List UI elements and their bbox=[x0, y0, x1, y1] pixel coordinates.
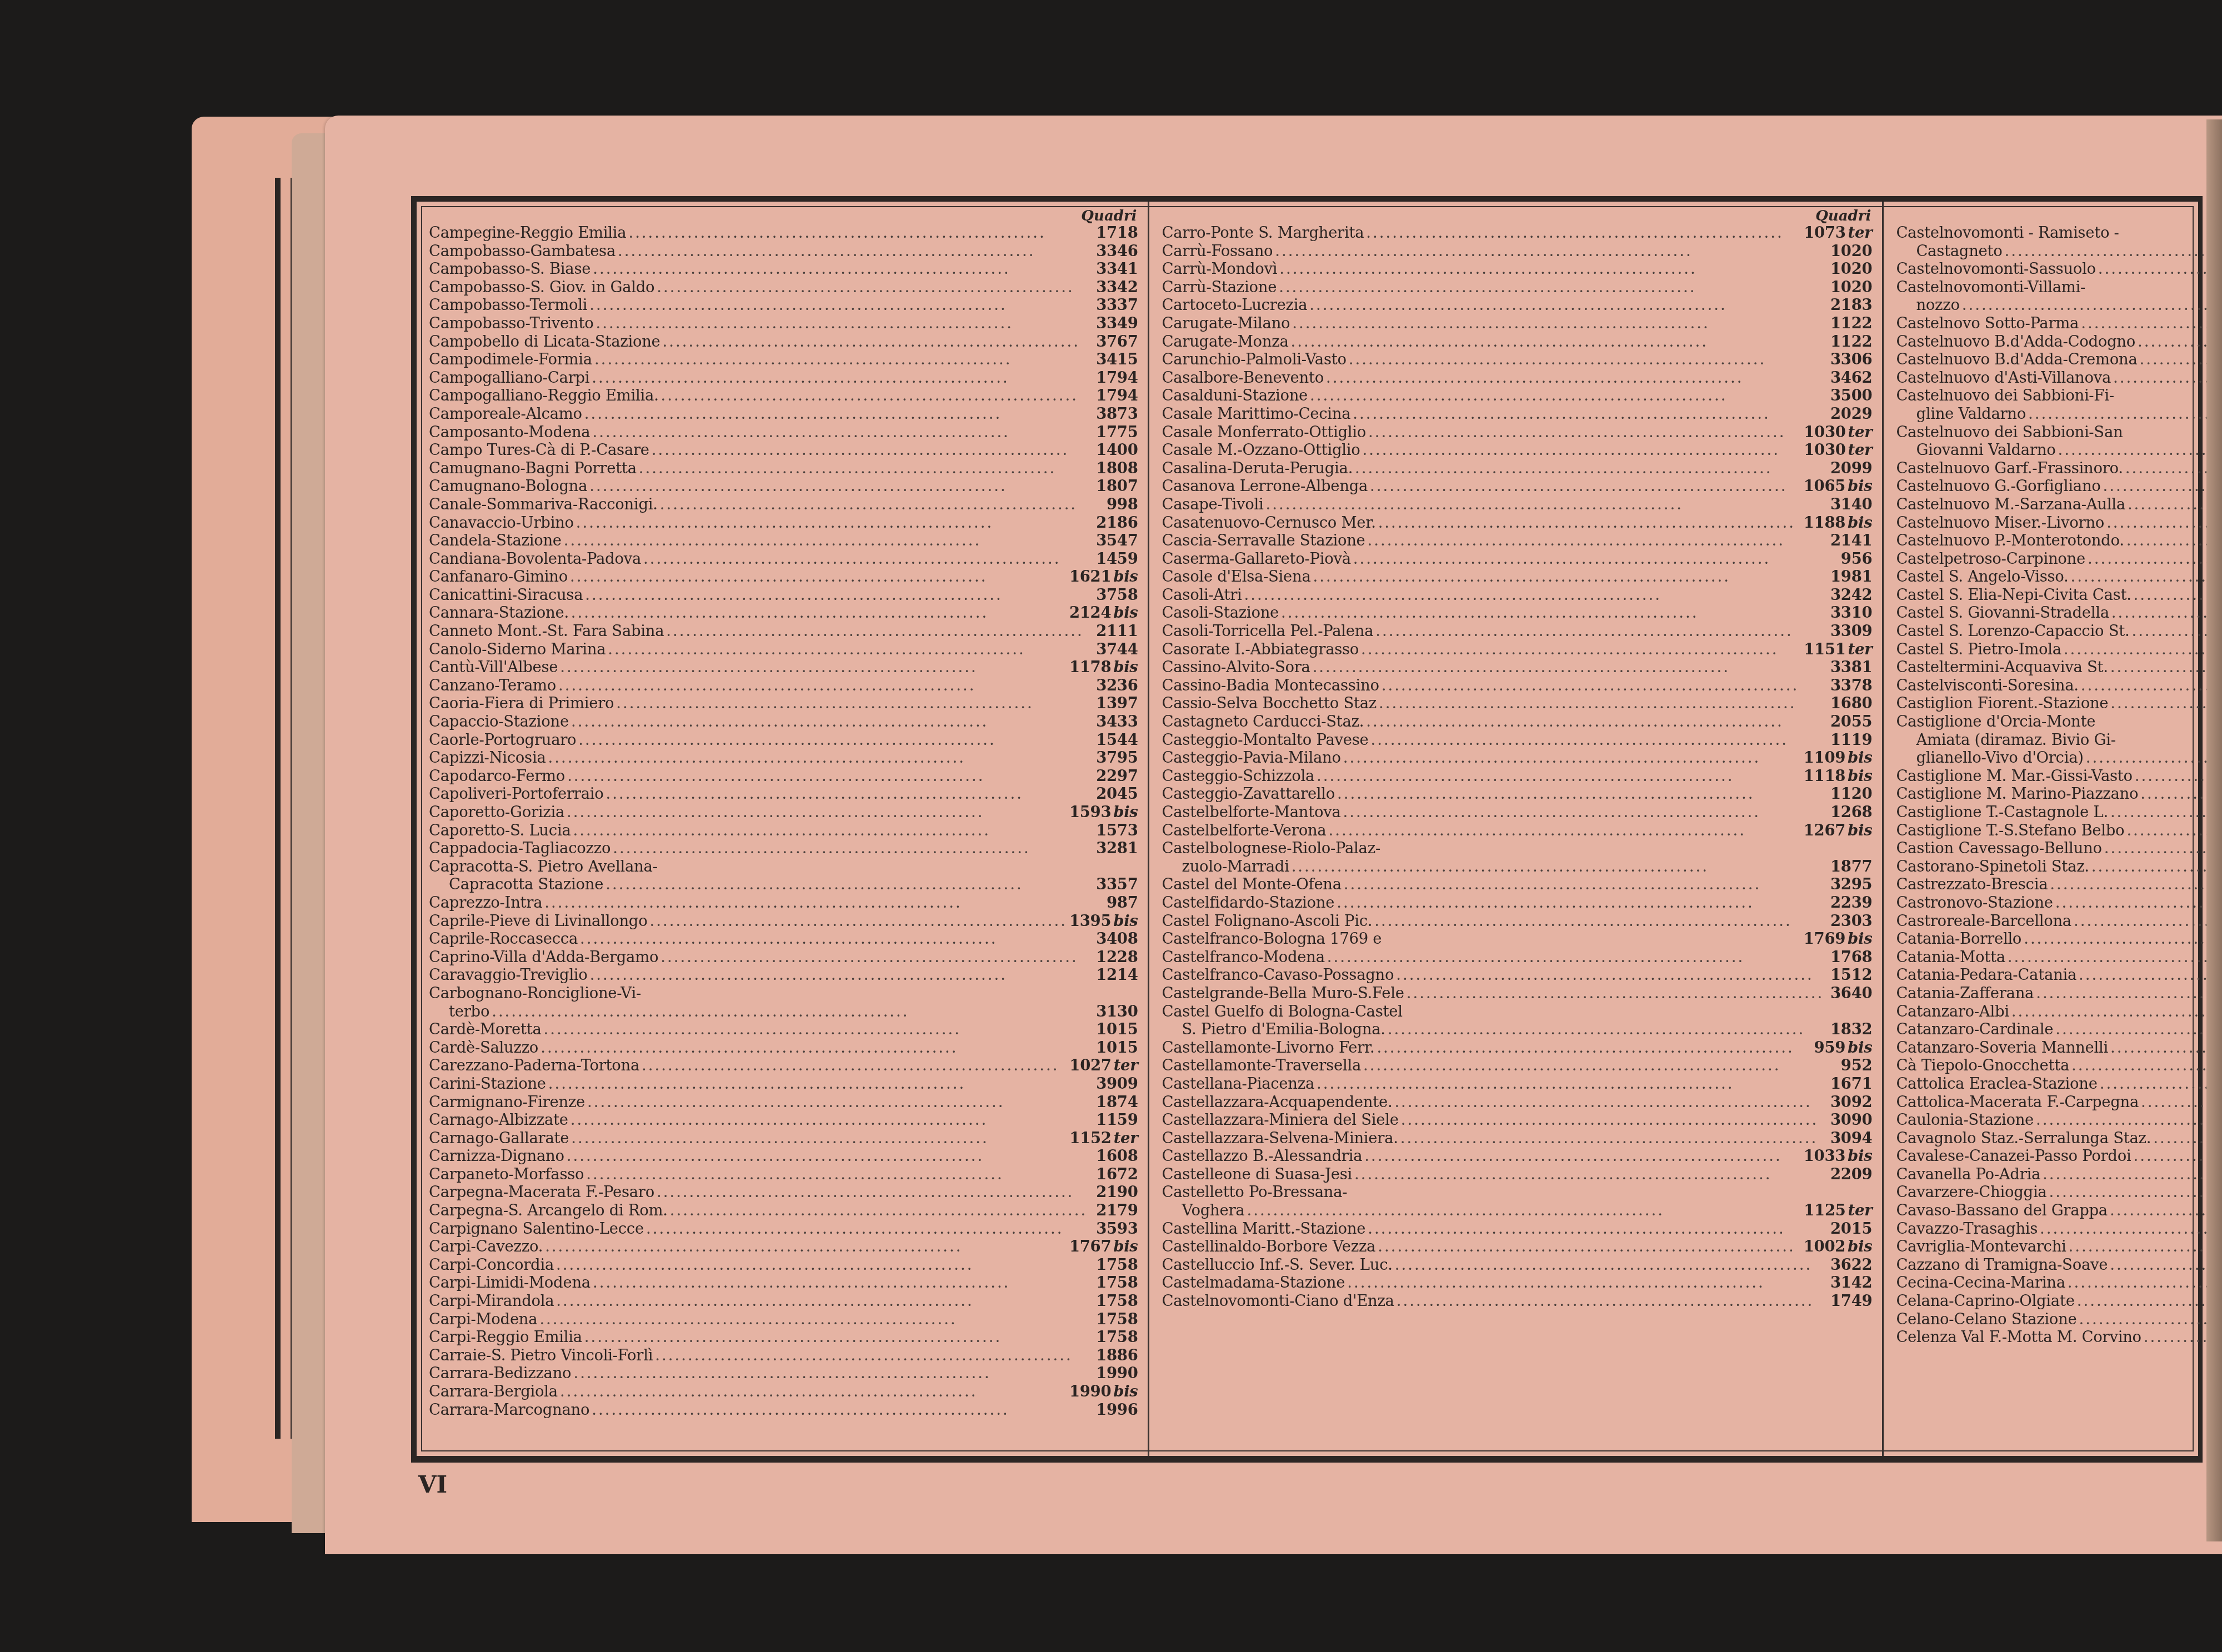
quadro-value: 1808 bbox=[1096, 459, 1138, 477]
station-entry: Carpegna-Macerata F.-Pesaro2190 bbox=[429, 1183, 1138, 1202]
station-name: Castiglione M. Marino-Piazzano bbox=[1896, 785, 2138, 803]
station-entry: Castelgrande-Bella Muro-S.Fele3640 bbox=[1162, 984, 1872, 1003]
quadro-value: 1125 bbox=[1804, 1202, 1845, 1219]
quadro-value: 1073 bbox=[1804, 224, 1845, 242]
quadro-number: 3758 bbox=[1096, 586, 1138, 604]
station-name: Catanzaro-Albi bbox=[1896, 1003, 2009, 1021]
station-name: Caravaggio-Treviglio bbox=[429, 966, 588, 984]
dot-leader bbox=[2055, 894, 2222, 912]
quadro-suffix: bis bbox=[1113, 604, 1138, 622]
quadro-value: 3873 bbox=[1096, 405, 1138, 423]
station-entry: Castel del Monte-Ofena3295 bbox=[1162, 875, 1872, 894]
quadro-number: 956 bbox=[1841, 550, 1873, 568]
station-name: Casalina-Deruta-Perugia. bbox=[1162, 459, 1353, 478]
quadro-number: 3342 bbox=[1096, 278, 1138, 297]
quadro-value: 3295 bbox=[1830, 875, 1872, 893]
station-entry: Celano-Celano Stazione3265 bbox=[1896, 1310, 2222, 1329]
quadro-number: 1228 bbox=[1096, 948, 1138, 967]
dot-leader bbox=[2058, 441, 2222, 459]
quadro-value: 1119 bbox=[1830, 731, 1872, 749]
station-entry: Carrù-Fossano1020 bbox=[1162, 242, 1872, 261]
station-name: Cavagnolo Staz.-Serralunga Staz. bbox=[1896, 1129, 2151, 1148]
quadro-number: 3242 bbox=[1830, 586, 1872, 604]
station-entry: Canolo-Siderno Marina3744 bbox=[429, 640, 1138, 659]
quadro-value: 1672 bbox=[1096, 1165, 1138, 1183]
quadro-number: 3281 bbox=[1096, 839, 1138, 858]
quadro-value: 1996 bbox=[1096, 1401, 1138, 1419]
dot-leader bbox=[1309, 296, 1828, 314]
quadro-value: 1033 bbox=[1804, 1147, 1845, 1165]
station-entry: Castel Folignano-Ascoli Pic.2303 bbox=[1162, 912, 1872, 930]
dot-leader bbox=[1397, 1292, 1828, 1310]
station-name: Casteggio-Pavia-Milano bbox=[1162, 749, 1340, 767]
quadro-value: 3622 bbox=[1830, 1256, 1872, 1274]
station-entry: nozzo1738bis bbox=[1896, 296, 2222, 314]
station-name: Camugnano-Bologna bbox=[429, 477, 587, 495]
entry-list: Campegine-Reggio Emilia1718Campobasso-Ga… bbox=[429, 224, 1138, 1419]
quadro-value: 2124 bbox=[1069, 604, 1111, 622]
station-entry: Casoli-Atri3242 bbox=[1162, 586, 1872, 604]
dot-leader bbox=[1281, 604, 1828, 622]
station-name: Castelnuovo dei Sabbioni-Fi- bbox=[1896, 387, 2114, 405]
station-entry: Campegine-Reggio Emilia1718 bbox=[429, 224, 1138, 242]
dot-leader bbox=[639, 459, 1094, 478]
station-name: Carrara-Bedizzano bbox=[429, 1364, 571, 1383]
station-name: Casale Monferrato-Ottiglio bbox=[1162, 423, 1366, 442]
dot-leader bbox=[1394, 1093, 1828, 1112]
quadro-number: 2055 bbox=[1830, 713, 1872, 731]
quadro-value: 1459 bbox=[1096, 550, 1138, 568]
dot-leader bbox=[616, 694, 1094, 713]
station-entry: Catania-Pedara-Catania3796 bbox=[1896, 966, 2222, 984]
dot-leader bbox=[539, 1310, 1094, 1329]
station-name: Carpi-Concordia bbox=[429, 1256, 554, 1274]
dot-leader bbox=[2079, 966, 2222, 984]
station-entry: Carro-Ponte S. Margherita1073ter bbox=[1162, 224, 1872, 242]
station-entry: Casteggio-Pavia-Milano1109bis bbox=[1162, 749, 1872, 767]
dot-leader bbox=[560, 1383, 1067, 1401]
station-name: Castelbelforte-Verona bbox=[1162, 822, 1326, 840]
quadro-suffix: ter bbox=[1848, 441, 1873, 459]
station-name: Camporeale-Alcamo bbox=[429, 405, 582, 423]
station-name: Carpegna-Macerata F.-Pesaro bbox=[429, 1183, 654, 1202]
station-name: Castellinaldo-Borbore Vezza bbox=[1162, 1238, 1375, 1256]
station-name: Cavarzere-Chioggia bbox=[1896, 1183, 2046, 1202]
station-entry: Carpaneto-Morfasso1672 bbox=[429, 1165, 1138, 1184]
quadro-value: 1065 bbox=[1804, 477, 1845, 495]
dot-leader bbox=[670, 1202, 1094, 1220]
quadro-number: 3357 bbox=[1096, 875, 1138, 894]
station-entry: Casteggio-Montalto Pavese1119 bbox=[1162, 731, 1872, 749]
dot-leader bbox=[660, 948, 1094, 967]
quadro-value: 1027 bbox=[1069, 1057, 1111, 1074]
station-name: Castelnovo Sotto-Parma bbox=[1896, 314, 2079, 333]
station-entry: Cantù-Vill'Albese1178bis bbox=[429, 658, 1138, 677]
dot-leader bbox=[2110, 658, 2222, 677]
station-name: Cantù-Vill'Albese bbox=[429, 658, 558, 677]
station-name: Capizzi-Nicosia bbox=[429, 749, 546, 767]
station-name: Celano-Celano Stazione bbox=[1896, 1310, 2076, 1329]
dot-leader bbox=[556, 1292, 1094, 1310]
quadro-value: 2186 bbox=[1096, 514, 1138, 532]
station-entry: Canzano-Teramo3236 bbox=[429, 677, 1138, 695]
dot-leader bbox=[548, 749, 1094, 767]
quadro-suffix: bis bbox=[1848, 1039, 1872, 1057]
quadro-value: 3094 bbox=[1830, 1129, 1872, 1147]
quadro-value: 1608 bbox=[1096, 1147, 1138, 1165]
quadro-value: 3342 bbox=[1096, 278, 1138, 296]
station-name: Carpaneto-Morfasso bbox=[429, 1165, 584, 1184]
station-entry: Camugnano-Bologna1807 bbox=[429, 477, 1138, 495]
station-name: Capracotta-S. Pietro Avellana- bbox=[429, 858, 658, 876]
dot-leader bbox=[1354, 1165, 1828, 1184]
quadro-number: 1758 bbox=[1096, 1256, 1138, 1274]
station-name: Castel S. Elia-Nepi-Civita Cast. bbox=[1896, 586, 2131, 604]
station-name: Cardè-Saluzzo bbox=[429, 1039, 538, 1057]
station-name: Castellana-Piacenza bbox=[1162, 1075, 1314, 1093]
station-name: Casteltermini-Acquaviva St. bbox=[1896, 658, 2108, 677]
quadro-value: 3378 bbox=[1830, 677, 1872, 694]
station-entry: Caporetto-S. Lucia1573 bbox=[429, 822, 1138, 840]
quadro-number: 1718 bbox=[1096, 224, 1138, 242]
dot-leader bbox=[1378, 1238, 1801, 1256]
dot-leader bbox=[1355, 459, 1828, 478]
station-entry: Caoria-Fiera di Primiero1397 bbox=[429, 694, 1138, 713]
dot-leader bbox=[2077, 1292, 2222, 1310]
station-entry: Castel S. Pietro-Imola1852 bbox=[1896, 640, 2222, 659]
station-name: Catania-Motta bbox=[1896, 948, 2005, 967]
station-entry: Casale M.-Ozzano-Ottiglio1030ter bbox=[1162, 441, 1872, 459]
dot-leader bbox=[1361, 640, 1801, 659]
station-name: Castellina Maritt.-Stazione bbox=[1162, 1220, 1365, 1238]
station-entry: Carrù-Mondovì1020 bbox=[1162, 260, 1872, 278]
quadro-value: 1015 bbox=[1096, 1039, 1138, 1057]
quadro-value: 3909 bbox=[1096, 1075, 1138, 1093]
quadro-number: 3622 bbox=[1830, 1256, 1872, 1274]
quadro-suffix: ter bbox=[1848, 640, 1873, 658]
dot-leader bbox=[2113, 369, 2222, 387]
station-entry: Castel S. Elia-Nepi-Civita Cast.2138 bbox=[1896, 586, 2222, 604]
quadro-value: 2179 bbox=[1096, 1202, 1138, 1219]
station-name: Carpi-Cavezzo. bbox=[429, 1238, 543, 1256]
station-entry: Castellamonte-Traversella952 bbox=[1162, 1057, 1872, 1075]
station-name: gline Valdarno bbox=[1896, 405, 2026, 423]
quadro-value: 1758 bbox=[1096, 1274, 1138, 1291]
dot-leader bbox=[595, 314, 1094, 333]
station-name: Carunchio-Palmoli-Vasto bbox=[1162, 351, 1346, 369]
quadro-number: 1073ter bbox=[1804, 224, 1872, 242]
station-name: Campobasso-S. Giov. in Galdo bbox=[429, 278, 654, 297]
station-name: Amiata (diramaz. Bivio Gi- bbox=[1896, 731, 2115, 749]
quadro-value: 1593 bbox=[1069, 803, 1111, 821]
station-entry: Castelnovomonti-Sassuolo1750 bbox=[1896, 260, 2222, 278]
station-name: Casalbore-Benevento bbox=[1162, 369, 1324, 387]
station-name: Canfanaro-Gimino bbox=[429, 568, 568, 586]
dot-leader bbox=[1317, 767, 1801, 785]
dot-leader bbox=[2110, 803, 2222, 822]
station-entry: Carnizza-Dignano1608 bbox=[429, 1147, 1138, 1165]
station-entry: Castelnuovo dei Sabbioni-Fi- bbox=[1896, 387, 2222, 405]
station-entry: Castiglione d'Orcia-Monte bbox=[1896, 713, 2222, 731]
quadro-value: 2055 bbox=[1830, 713, 1872, 730]
station-entry: Carpegna-S. Arcangelo di Rom.2179 bbox=[429, 1202, 1138, 1220]
dot-leader bbox=[1395, 1256, 1828, 1274]
quadro-value: 2190 bbox=[1096, 1183, 1138, 1201]
dot-leader bbox=[2098, 260, 2222, 278]
station-name: Giovanni Valdarno bbox=[1896, 441, 2055, 459]
station-entry: Carezzano-Paderna-Tortona1027ter bbox=[429, 1057, 1138, 1075]
station-name: Castiglione T.-Castagnole L. bbox=[1896, 803, 2108, 822]
dot-leader bbox=[594, 351, 1094, 369]
station-entry: Castel S. Angelo-Visso.2277 bbox=[1896, 568, 2222, 586]
dot-leader bbox=[2064, 640, 2222, 659]
station-entry: Campogalliano-Carpi1794 bbox=[429, 369, 1138, 387]
station-name: Casale Marittimo-Cecina bbox=[1162, 405, 1350, 423]
station-entry: Cardè-Moretta1015 bbox=[429, 1020, 1138, 1039]
quadro-value: 1807 bbox=[1096, 477, 1138, 495]
quadro-number: 1109bis bbox=[1804, 749, 1873, 767]
dot-leader bbox=[558, 677, 1094, 695]
quadro-value: 1758 bbox=[1096, 1310, 1138, 1328]
dot-leader bbox=[2008, 948, 2222, 967]
quadro-value: 3500 bbox=[1830, 387, 1872, 404]
quadro-number: 1749 bbox=[1830, 1292, 1872, 1310]
quadro-value: 1769 bbox=[1804, 930, 1845, 948]
station-name: Capoliveri-Portoferraio bbox=[429, 785, 604, 803]
station-name: Castelnuovo B.d'Adda-Cremona bbox=[1896, 351, 2137, 369]
station-name: Caporetto-Gorizia bbox=[429, 803, 564, 822]
quadro-number: 1400 bbox=[1096, 441, 1138, 459]
dot-leader bbox=[2024, 930, 2222, 948]
quadro-number: 1267bis bbox=[1804, 822, 1873, 840]
quadro-value: 1544 bbox=[1096, 731, 1138, 749]
station-name: Campobasso-Termoli bbox=[429, 296, 587, 314]
dot-leader bbox=[584, 405, 1094, 423]
station-entry: Candela-Stazione3547 bbox=[429, 532, 1138, 550]
dot-leader bbox=[1327, 948, 1828, 967]
quadro-number: 987 bbox=[1107, 894, 1138, 912]
quadro-number: 1807 bbox=[1096, 477, 1138, 495]
station-entry: gline Valdarno1959 bbox=[1896, 405, 2222, 423]
station-name: Voghera bbox=[1162, 1202, 1244, 1220]
quadro-value: 2297 bbox=[1096, 767, 1138, 785]
dot-leader bbox=[1375, 622, 1828, 640]
dot-leader bbox=[1244, 586, 1828, 604]
station-name: Carpignano Salentino-Lecce bbox=[429, 1220, 644, 1238]
station-name: Carrù-Mondovì bbox=[1162, 260, 1277, 278]
station-entry: Capodarco-Fermo2297 bbox=[429, 767, 1138, 785]
quadro-number: 1671 bbox=[1830, 1075, 1872, 1093]
station-name: Castelnuovo M.-Sarzana-Aulla bbox=[1896, 495, 2125, 514]
station-name: Cattolica Eraclea-Stazione bbox=[1896, 1075, 2097, 1093]
station-entry: Catania-Zafferana3800 bbox=[1896, 984, 2222, 1003]
quadro-suffix: bis bbox=[1113, 1383, 1138, 1400]
station-entry: Castiglione M. Marino-Piazzano2241 bbox=[1896, 785, 2222, 803]
dot-leader bbox=[1328, 822, 1801, 840]
quadro-value: 998 bbox=[1107, 495, 1138, 513]
quadro-number: 952 bbox=[1841, 1057, 1873, 1075]
station-entry: Carrara-Marcognano1996 bbox=[429, 1401, 1138, 1419]
dot-leader bbox=[1368, 532, 1828, 550]
quadro-value: 987 bbox=[1107, 894, 1138, 912]
station-name: Castelfidardo-Stazione bbox=[1162, 894, 1334, 912]
quadro-number: 3310 bbox=[1830, 604, 1872, 622]
dot-leader bbox=[2110, 1202, 2222, 1220]
station-name: Castelgrande-Bella Muro-S.Fele bbox=[1162, 984, 1404, 1003]
station-name: terbo bbox=[429, 1003, 489, 1021]
column-header-quadri: Quadri bbox=[429, 208, 1138, 224]
quadro-value: 1020 bbox=[1830, 242, 1872, 260]
dot-leader bbox=[2091, 858, 2222, 876]
quadro-number: 1002bis bbox=[1804, 1238, 1873, 1256]
station-entry: Castel S. Giovanni-Stradella1665 bbox=[1896, 604, 2222, 622]
quadro-value: 3433 bbox=[1096, 713, 1138, 730]
dot-leader bbox=[580, 930, 1094, 948]
station-entry: Canicattini-Siracusa3758 bbox=[429, 586, 1138, 604]
station-entry: Cattolica-Macerata F.-Carpegna2174 bbox=[1896, 1093, 2222, 1112]
station-name: Cà Tiepolo-Gnocchetta bbox=[1896, 1057, 2069, 1075]
dot-leader bbox=[605, 875, 1094, 894]
station-entry: Capizzi-Nicosia3795 bbox=[429, 749, 1138, 767]
dot-leader bbox=[2036, 1111, 2222, 1129]
dot-leader bbox=[2081, 677, 2222, 695]
station-name: Castellazzara-Acquapendente. bbox=[1162, 1093, 1392, 1112]
station-entry: Carnago-Albizzate1159 bbox=[429, 1111, 1138, 1129]
station-name: Castel Guelfo di Bologna-Castel bbox=[1162, 1003, 1402, 1021]
quadro-value: 1152 bbox=[1069, 1129, 1111, 1147]
station-name: Castelletto Po-Bressana- bbox=[1162, 1183, 1347, 1202]
station-name: Caprile-Pieve di Livinallongo bbox=[429, 912, 647, 930]
dot-leader bbox=[589, 477, 1094, 495]
station-entry: Celenza Val F.-Motta M. Corvino3507 bbox=[1896, 1328, 2222, 1346]
station-entry: Capoliveri-Portoferraio2045 bbox=[429, 785, 1138, 803]
station-entry: Casole d'Elsa-Siena1981 bbox=[1162, 568, 1872, 586]
dot-leader bbox=[1266, 495, 1828, 514]
quadro-number: 1672 bbox=[1096, 1165, 1138, 1184]
station-entry: Castiglion Fiorent.-Stazione1973 bbox=[1896, 694, 2222, 713]
dot-leader bbox=[628, 224, 1094, 242]
station-entry: Catania-Borrello3799 bbox=[1896, 930, 2222, 948]
station-entry: Campobasso-S. Giov. in Galdo3342 bbox=[429, 278, 1138, 297]
station-entry: Castelnuovo B.d'Adda-Cremona1178 bbox=[1896, 351, 2222, 369]
dot-leader bbox=[643, 550, 1094, 568]
dot-leader bbox=[2110, 1256, 2222, 1274]
station-entry: Castelnuovo P.-Monterotondo.3187 bbox=[1896, 532, 2222, 550]
quadro-number: 3349 bbox=[1096, 314, 1138, 333]
station-entry: Casale Monferrato-Ottiglio1030ter bbox=[1162, 423, 1872, 442]
station-name: Cavriglia-Montevarchi bbox=[1896, 1238, 2066, 1256]
quadro-value: 3140 bbox=[1830, 495, 1872, 513]
station-entry: Castelpetroso-Carpinone3369 bbox=[1896, 550, 2222, 568]
station-entry: Camporeale-Alcamo3873 bbox=[429, 405, 1138, 423]
station-name: Castelnovomonti-Sassuolo bbox=[1896, 260, 2095, 278]
binding-strip bbox=[292, 133, 325, 1533]
station-entry: Casanova Lerrone-Albenga1065bis bbox=[1162, 477, 1872, 495]
station-name: Carpi-Reggio Emilia bbox=[429, 1328, 582, 1346]
dot-leader bbox=[570, 1111, 1094, 1129]
dot-leader bbox=[584, 1328, 1094, 1346]
quadro-value: 1832 bbox=[1830, 1020, 1872, 1038]
station-entry: Cartoceto-Lucrezia2183 bbox=[1162, 296, 1872, 314]
station-entry: Casorate I.-Abbiategrasso1151ter bbox=[1162, 640, 1872, 659]
quadro-number: 1268 bbox=[1830, 803, 1872, 822]
station-name: Castel S. Angelo-Visso. bbox=[1896, 568, 2068, 586]
quadro-value: 3381 bbox=[1830, 658, 1872, 676]
station-entry: Cà Tiepolo-Gnocchetta1514bis bbox=[1896, 1057, 2222, 1075]
station-entry: Capracotta Stazione3357 bbox=[429, 875, 1138, 894]
station-name: Castel S. Lorenzo-Capaccio St. bbox=[1896, 622, 2129, 640]
station-entry: Celana-Caprino-Olgiate1227 bbox=[1896, 1292, 2222, 1310]
quadro-value: 3130 bbox=[1096, 1003, 1138, 1020]
station-name: Casteggio-Zavattarello bbox=[1162, 785, 1335, 803]
dot-leader bbox=[661, 387, 1094, 405]
station-entry: glianello-Vivo d'Orcia)2062 bbox=[1896, 749, 2222, 767]
dot-leader bbox=[573, 1364, 1094, 1383]
quadro-number: 1178bis bbox=[1069, 658, 1138, 677]
quadro-number: 1027ter bbox=[1069, 1057, 1138, 1075]
dot-leader bbox=[585, 586, 1094, 604]
dot-leader bbox=[666, 622, 1094, 640]
quadro-value: 3640 bbox=[1830, 984, 1872, 1002]
station-name: Castiglione d'Orcia-Monte bbox=[1896, 713, 2095, 731]
station-name: Caulonia-Stazione bbox=[1896, 1111, 2034, 1129]
station-entry: Castelnuovo Garf.-Frassinoro.1989 bbox=[1896, 459, 2222, 478]
dot-leader bbox=[593, 1274, 1094, 1292]
index-column-2: Quadri Carro-Ponte S. Margherita1073terC… bbox=[1149, 202, 1884, 1456]
quadro-number: 1573 bbox=[1096, 822, 1138, 840]
dot-leader bbox=[1275, 242, 1828, 261]
quadro-number: 2124bis bbox=[1069, 604, 1138, 622]
index-column-3: Quadri Castelnovomonti - Ramiseto -Casta… bbox=[1884, 202, 2222, 1456]
station-name: Caprino-Villa d'Adda-Bergamo bbox=[429, 948, 658, 967]
dot-leader bbox=[2106, 514, 2222, 532]
station-name: Catania-Zafferana bbox=[1896, 984, 2034, 1003]
quadro-value: 1188 bbox=[1804, 514, 1845, 532]
quadro-number: 1020 bbox=[1830, 260, 1872, 278]
dot-leader bbox=[1370, 477, 1801, 495]
quadro-suffix: bis bbox=[1848, 514, 1872, 532]
station-name: Castion Cavessago-Belluno bbox=[1896, 839, 2101, 858]
quadro-number: 3094 bbox=[1830, 1129, 1872, 1148]
dot-leader bbox=[1347, 1274, 1828, 1292]
dot-leader bbox=[586, 1165, 1094, 1184]
station-entry: Castellana-Piacenza1671 bbox=[1162, 1075, 1872, 1093]
quadro-value: 2099 bbox=[1830, 459, 1872, 477]
quadro-value: 1794 bbox=[1096, 369, 1138, 387]
station-entry: Castagneto1748 bbox=[1896, 242, 2222, 261]
quadro-number: 1120 bbox=[1830, 785, 1872, 803]
station-entry: Castellazzara-Acquapendente.3092 bbox=[1162, 1093, 1872, 1112]
dot-leader bbox=[2103, 477, 2222, 495]
station-name: Castelnovomonti - Ramiseto - bbox=[1896, 224, 2119, 242]
station-name: Catania-Pedara-Catania bbox=[1896, 966, 2076, 984]
index-page: Quadri Campegine-Reggio Emilia1718Campob… bbox=[325, 116, 2222, 1554]
quadro-number: 1459 bbox=[1096, 550, 1138, 568]
quadro-number: 1020 bbox=[1830, 242, 1872, 261]
station-name: Carnago-Albizzate bbox=[429, 1111, 568, 1129]
station-name: Castelnovomonti-Villami- bbox=[1896, 278, 2085, 297]
dot-leader bbox=[1317, 1075, 1828, 1093]
quadro-number: 1996 bbox=[1096, 1401, 1138, 1419]
station-name: Castelnovomonti-Ciano d'Enza bbox=[1162, 1292, 1394, 1310]
quadro-number: 3140 bbox=[1830, 495, 1872, 514]
quadro-value: 3346 bbox=[1096, 242, 1138, 260]
quadro-value: 3767 bbox=[1096, 333, 1138, 351]
quadro-number: 2029 bbox=[1830, 405, 1872, 423]
quadro-value: 1758 bbox=[1096, 1256, 1138, 1274]
quadro-number: 2141 bbox=[1830, 532, 1872, 550]
quadro-number: 3433 bbox=[1096, 713, 1138, 731]
